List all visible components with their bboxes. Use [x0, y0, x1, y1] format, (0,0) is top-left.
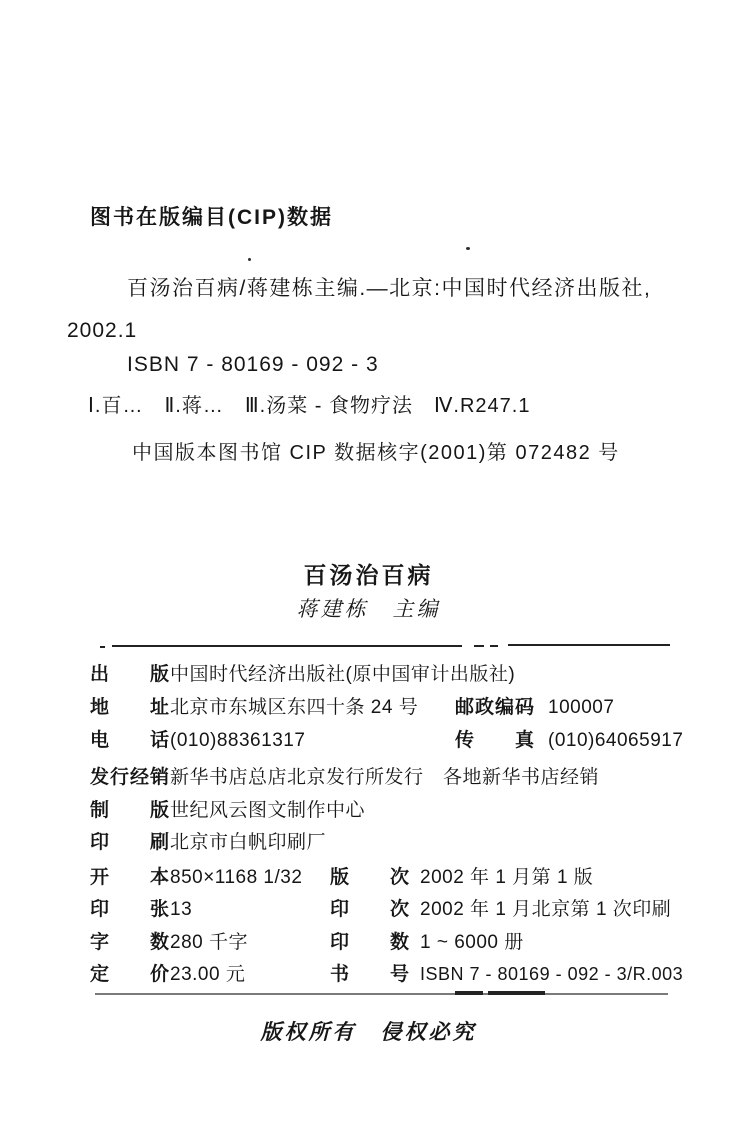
- colophon-row-sheets: 印 张 13 印 次 2002 年 1 月北京第 1 次印刷: [0, 898, 737, 925]
- divider-dash: [490, 645, 498, 647]
- row-label-impression: 印 次: [330, 898, 410, 922]
- footer-rule-dark-segment: [488, 991, 545, 995]
- row-label: 印 张: [90, 898, 170, 922]
- row-label: 发行经销: [90, 766, 170, 790]
- row-value-fax: (010)64065917: [548, 729, 683, 753]
- colophon-row-wordcount: 字 数 280 千字 印 数 1 ~ 6000 册: [0, 931, 737, 958]
- row-value-edition: 2002 年 1 月第 1 版: [420, 866, 593, 890]
- row-value: 280 千字: [170, 931, 248, 955]
- row-label: 定 价: [90, 963, 170, 987]
- colophon-row-distribution: 发行经销 新华书店总店北京发行所发行 各地新华书店经销: [0, 766, 737, 793]
- colophon-row-phone: 电 话 (010)88361317 传 真 (010)64065917: [0, 729, 737, 756]
- cip-isbn: ISBN 7 - 80169 - 092 - 3: [127, 352, 379, 378]
- row-label: 字 数: [90, 931, 170, 955]
- row-value: (010)88361317: [170, 729, 305, 753]
- colophon-row-printing-house: 印 刷 北京市白帆印刷厂: [0, 831, 737, 858]
- footer-rule: [95, 993, 668, 995]
- row-value-booknumber: ISBN 7 - 80169 - 092 - 3/R.003: [420, 963, 683, 986]
- book-editor: 蒋建栋 主编: [0, 597, 737, 623]
- row-label: 印 刷: [90, 831, 170, 855]
- divider-dash: [474, 645, 484, 647]
- row-value-impression: 2002 年 1 月北京第 1 次印刷: [420, 898, 671, 922]
- footer-rule-dark-segment: [455, 991, 483, 995]
- scan-speck: [248, 258, 251, 261]
- cip-heading: 图书在版编目(CIP)数据: [90, 205, 333, 231]
- row-value: 北京市白帆印刷厂: [170, 831, 326, 855]
- row-value: 23.00 元: [170, 963, 245, 987]
- copyright-notice: 版权所有 侵权必究: [0, 1020, 737, 1046]
- cip-entry-line2: 2002.1: [67, 318, 137, 344]
- row-label: 开 本: [90, 866, 170, 890]
- row-label: 电 话: [90, 729, 170, 753]
- row-value-printrun: 1 ~ 6000 册: [420, 931, 524, 955]
- colophon-row-format: 开 本 850×1168 1/32 版 次 2002 年 1 月第 1 版: [0, 866, 737, 893]
- book-title: 百汤治百病: [0, 561, 737, 590]
- colophon-row-price: 定 价 23.00 元 书 号 ISBN 7 - 80169 - 092 - 3…: [0, 963, 737, 990]
- book-copyright-page: 图书在版编目(CIP)数据 百汤治百病/蒋建栋主编.—北京:中国时代经济出版社,…: [0, 0, 737, 1122]
- row-label-edition: 版 次: [330, 866, 410, 890]
- scan-speck: [466, 247, 470, 250]
- row-label-postcode: 邮政编码: [455, 696, 535, 720]
- row-label-printrun: 印 数: [330, 931, 410, 955]
- divider-rule-right: [508, 644, 670, 646]
- row-value: 中国时代经济出版社(原中国审计出版社): [170, 663, 515, 687]
- divider-rule-left: [112, 645, 462, 647]
- row-value: 850×1168 1/32: [170, 866, 302, 890]
- row-value-postcode: 100007: [548, 696, 614, 720]
- colophon-row-typesetting: 制 版 世纪风云图文制作中心: [0, 799, 737, 826]
- row-label: 制 版: [90, 799, 170, 823]
- colophon-row-publisher: 出 版 中国时代经济出版社(原中国审计出版社): [0, 663, 737, 690]
- row-value: 世纪风云图文制作中心: [170, 799, 365, 823]
- colophon-row-address: 地 址 北京市东城区东四十条 24 号 邮政编码 100007: [0, 696, 737, 723]
- row-label: 出 版: [90, 663, 170, 687]
- row-label-fax: 传 真: [455, 729, 535, 753]
- row-label-booknumber: 书 号: [330, 963, 410, 987]
- row-label: 地 址: [90, 696, 170, 720]
- cip-classification: Ⅰ.百… Ⅱ.蒋… Ⅲ.汤菜 - 食物疗法 Ⅳ.R247.1: [88, 394, 530, 419]
- row-value: 13: [170, 898, 192, 922]
- divider-artifact: [100, 646, 105, 648]
- row-value: 新华书店总店北京发行所发行 各地新华书店经销: [170, 766, 599, 790]
- row-value: 北京市东城区东四十条 24 号: [170, 696, 418, 720]
- cip-registration-number: 中国版本图书馆 CIP 数据核字(2001)第 072482 号: [132, 441, 620, 466]
- cip-entry-line1: 百汤治百病/蒋建栋主编.—北京:中国时代经济出版社,: [127, 276, 651, 302]
